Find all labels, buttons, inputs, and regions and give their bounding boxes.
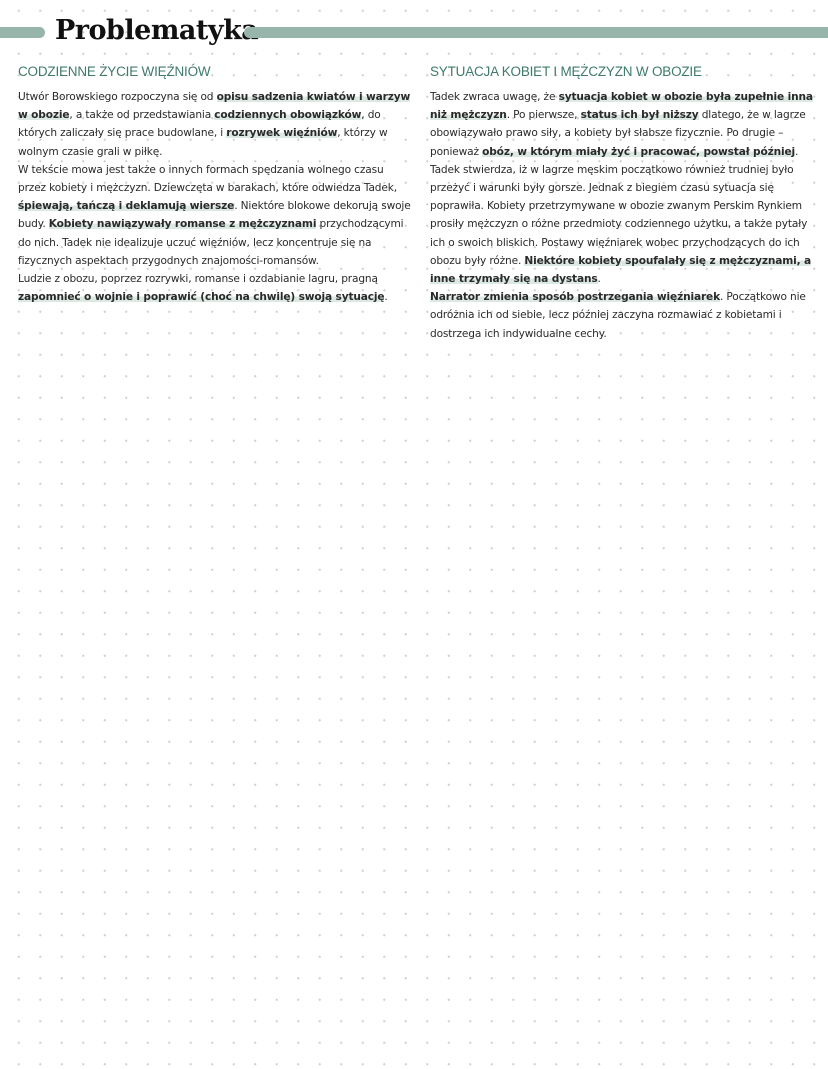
text-segment: Tadek zwraca uwagę, że	[430, 91, 559, 103]
text-segment: .	[598, 273, 601, 285]
paragraph: Narrator zmienia sposób postrzegania wię…	[430, 288, 825, 343]
text-segment: .	[384, 291, 387, 303]
text-segment: . Po pierwsze,	[507, 109, 581, 121]
highlighted-text: codziennych obowiązków	[214, 109, 361, 121]
section-daily-life: CODZIENNE ŻYCIE WIĘŹNIÓW Utwór Borowskie…	[18, 62, 413, 306]
highlighted-text: Narrator zmienia sposób postrzegania wię…	[430, 291, 720, 303]
highlighted-text: status ich był niższy	[581, 109, 699, 121]
paragraph: Utwór Borowskiego rozpoczyna się od opis…	[18, 88, 413, 161]
section-women-men-situation: SYTUACJA KOBIET I MĘŻCZYZN W OBOZIE Tade…	[430, 62, 825, 343]
paragraph: W tekście mowa jest także o innych forma…	[18, 161, 413, 270]
paragraph: Ludzie z obozu, poprzez rozrywki, romans…	[18, 270, 413, 306]
section-body: Tadek zwraca uwagę, że sytuacja kobiet w…	[430, 88, 825, 343]
text-segment: , a także od przedstawiania	[69, 109, 214, 121]
highlighted-text: Kobiety nawiązywały romanse z mężczyznam…	[49, 218, 317, 230]
text-segment: W tekście mowa jest także o innych forma…	[18, 164, 397, 194]
text-segment: Utwór Borowskiego rozpoczyna się od	[18, 91, 217, 103]
page-title: Problematyka	[55, 11, 258, 51]
section-heading: SYTUACJA KOBIET I MĘŻCZYZN W OBOZIE	[430, 62, 825, 82]
highlighted-text: śpiewają, tańczą i deklamują wiersze	[18, 200, 234, 212]
header-decor-bar-left	[0, 27, 45, 38]
highlighted-text: obóz, w którym miały żyć i pracować, pow…	[482, 146, 795, 158]
section-heading: CODZIENNE ŻYCIE WIĘŹNIÓW	[18, 62, 413, 82]
text-segment: . Tadek stwierdza, iż w lagrze męskim po…	[430, 146, 807, 267]
highlighted-text: rozrywek więźniów	[226, 127, 337, 139]
paragraph: Tadek zwraca uwagę, że sytuacja kobiet w…	[430, 88, 825, 288]
header-decor-bar-right	[244, 27, 828, 38]
section-body: Utwór Borowskiego rozpoczyna się od opis…	[18, 88, 413, 306]
highlighted-text: zapomnieć o wojnie i poprawić (choć na c…	[18, 291, 384, 303]
text-segment: Ludzie z obozu, poprzez rozrywki, romans…	[18, 273, 378, 285]
